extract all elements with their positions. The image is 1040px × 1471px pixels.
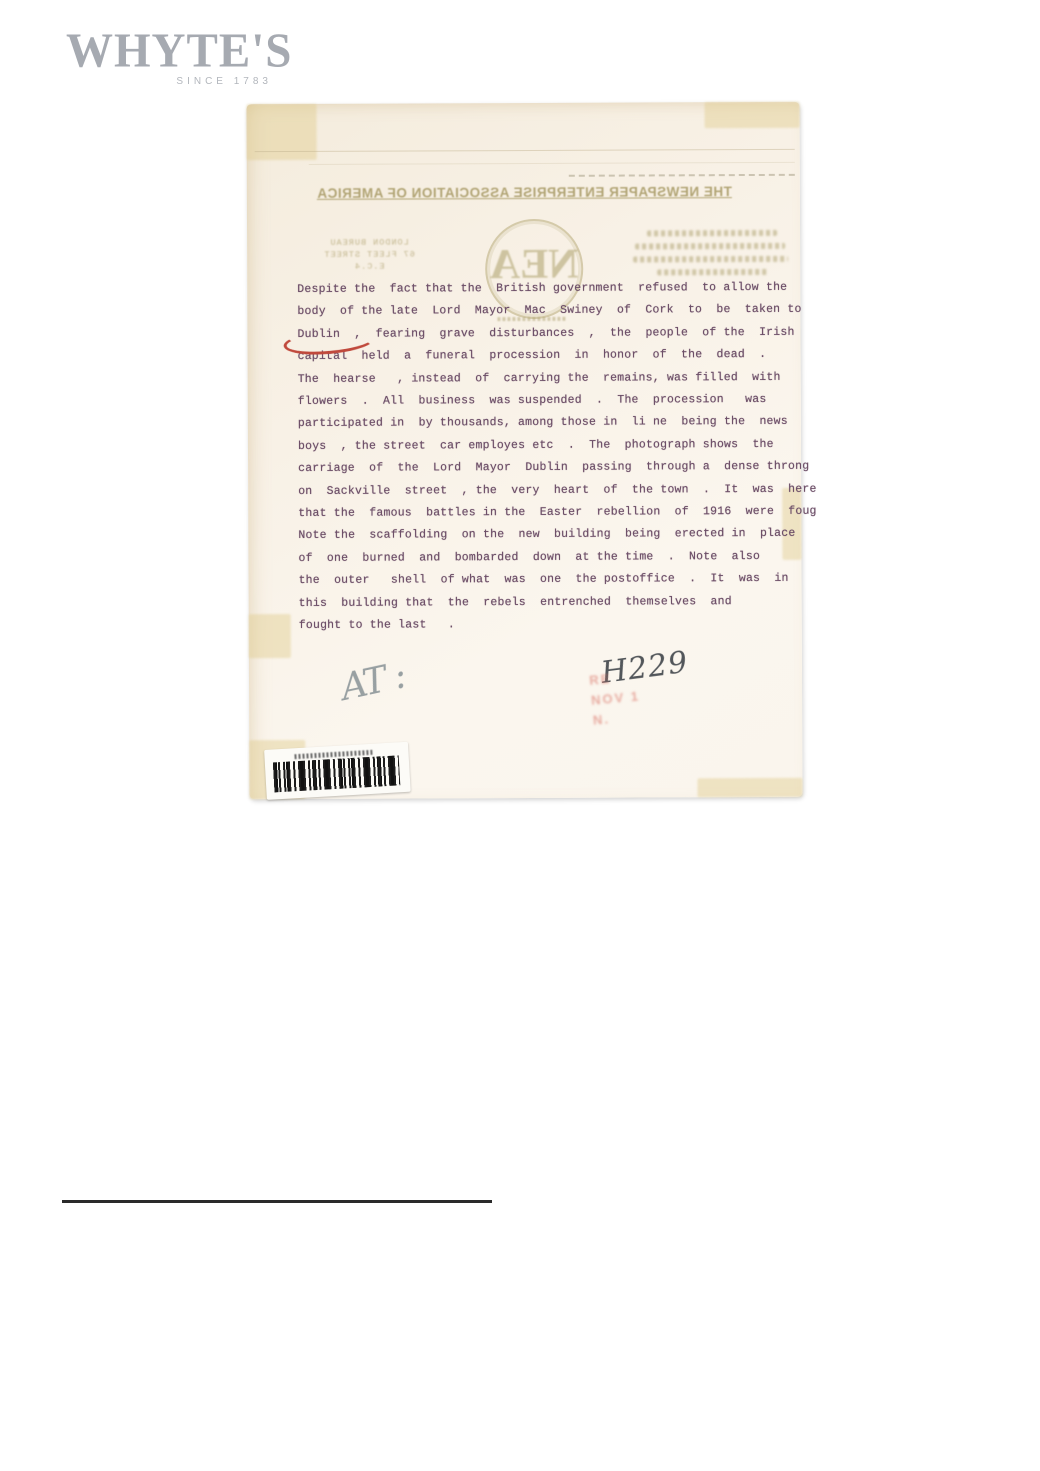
- bureau-address-line: 67 FLEET STREET: [299, 248, 439, 261]
- page-canvas: WHYTE'S SINCE 1783 THE NEWSPAPER ENTERPR…: [0, 0, 1040, 1471]
- bureau-address-line: LONDON BUREAU: [299, 236, 439, 249]
- illegible-mirrored-text: [633, 256, 788, 263]
- pencil-initials: AT :: [337, 655, 408, 709]
- whytes-logo: WHYTE'S SINCE 1783: [66, 28, 276, 87]
- logo-wordmark: WHYTE'S: [66, 27, 276, 76]
- illegible-mirrored-text: [635, 243, 785, 250]
- stamp-line: N.: [592, 706, 643, 730]
- typed-line: on Sackville street , the very heart of …: [298, 478, 803, 503]
- red-ink-stamp: RE NOV 1 N.: [588, 666, 642, 730]
- typed-caption-body: Despite the fact that the British govern…: [297, 277, 804, 638]
- inner-sheet-edge: [255, 149, 795, 152]
- typed-line: this building that the rebels entrenched…: [299, 590, 804, 615]
- barcode-sticker: [264, 742, 411, 800]
- illegible-mirrored-text: [647, 230, 777, 237]
- bureau-address-block: LONDON BUREAU 67 FLEET STREET E.C.4: [299, 236, 439, 273]
- inner-sheet-edge: [309, 162, 795, 165]
- footnote-rule: [62, 1200, 492, 1203]
- typed-line: boys , the street car employes etc . The…: [298, 434, 803, 459]
- typed-line: The hearse , instead of carrying the rem…: [298, 366, 803, 391]
- typed-line: participated in by thousands, among thos…: [298, 411, 803, 436]
- bureau-address-line: E.C.4: [299, 260, 439, 273]
- faint-dashed-line: [569, 174, 795, 177]
- typed-line: body of the late Lord Mayor Mac Swiney o…: [297, 299, 802, 324]
- illegible-mirrored-text: [657, 269, 767, 275]
- typed-line: capital held a funeral procession in hon…: [298, 344, 803, 369]
- barcode-bars: [273, 755, 400, 792]
- typed-line: Note the scaffolding on the new building…: [298, 523, 803, 548]
- typed-line: carriage of the Lord Mayor Dublin passin…: [298, 456, 803, 481]
- letterhead-title: THE NEWSPAPER ENTERPRISE ASSOCIATION OF …: [277, 184, 772, 201]
- typed-line: that the famous battles in the Easter re…: [298, 501, 803, 526]
- tape-residue: [249, 614, 291, 658]
- tape-residue: [704, 102, 799, 128]
- typed-line: the outer shell of what was one the post…: [299, 568, 804, 593]
- typed-line: of one burned and bombarded down at the …: [298, 546, 803, 571]
- scanned-document: THE NEWSPAPER ENTERPRISE ASSOCIATION OF …: [246, 102, 802, 799]
- tape-residue: [697, 778, 802, 797]
- typed-line: flowers . All business was suspended . T…: [298, 389, 803, 414]
- typed-line: fought to the last .: [299, 613, 804, 638]
- typed-line: Despite the fact that the British govern…: [297, 277, 802, 302]
